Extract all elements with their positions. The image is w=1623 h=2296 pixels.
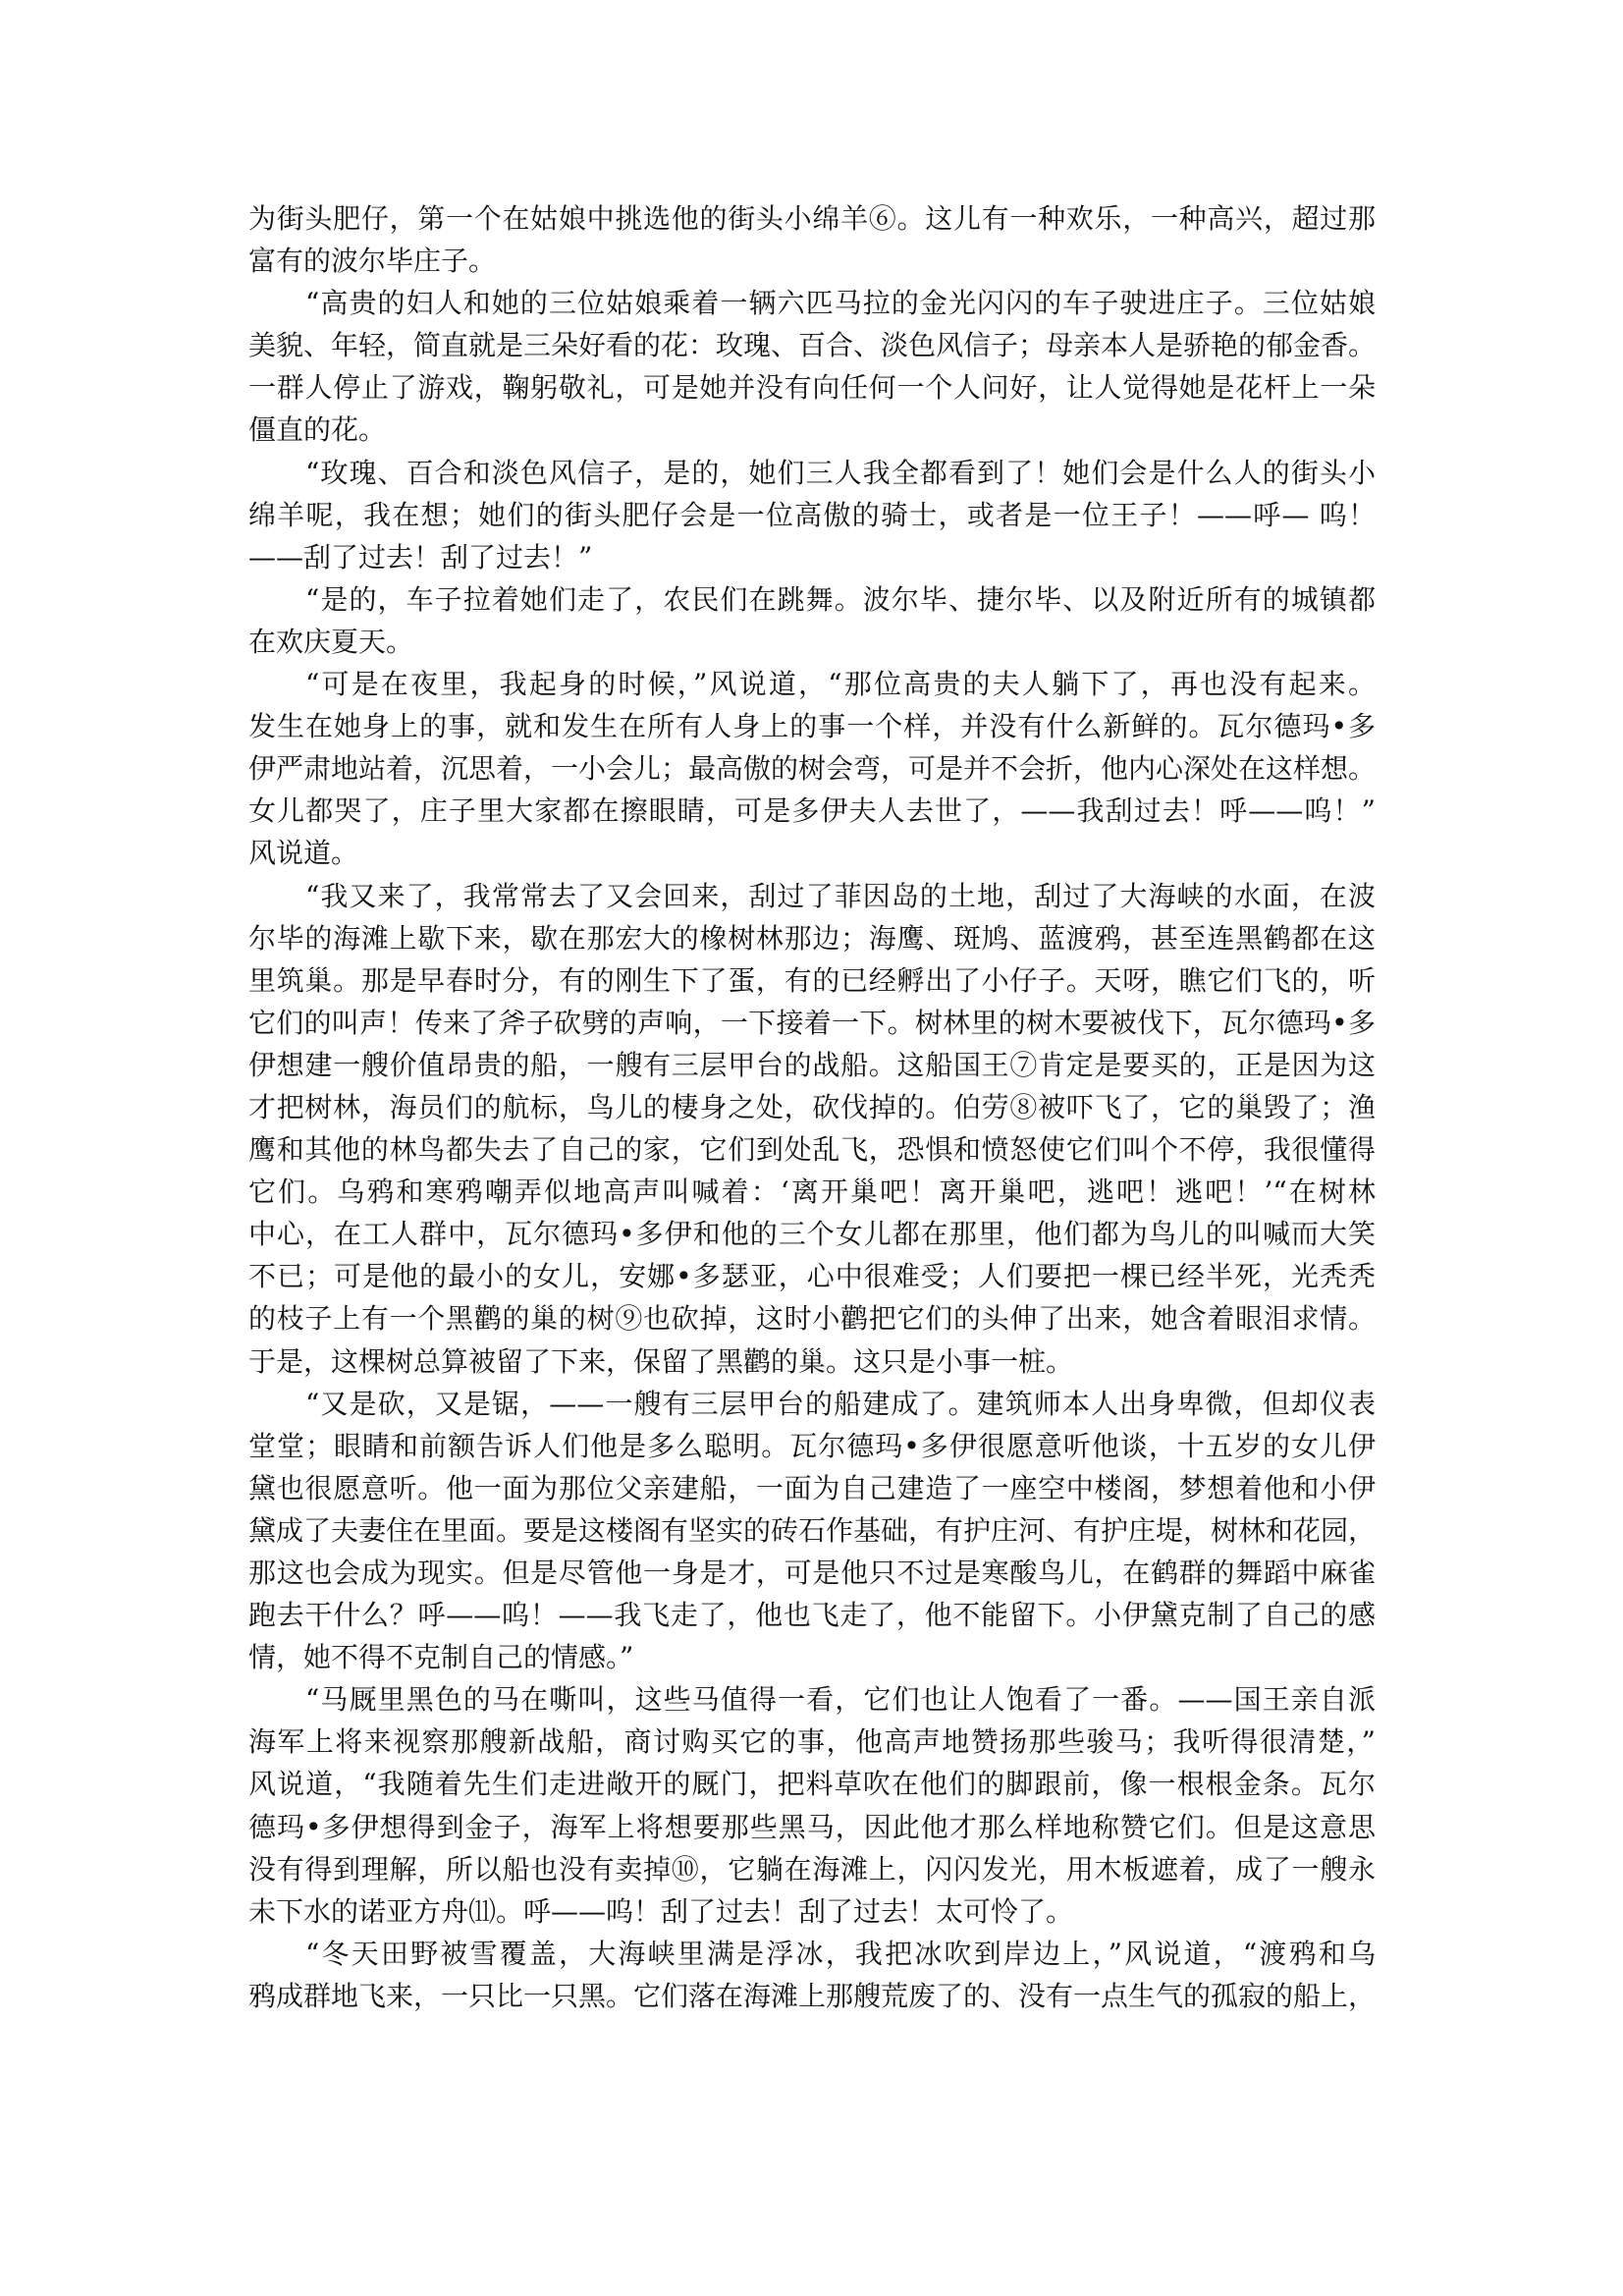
text-line: 为街头肥仔，第一个在姑娘中挑选他的街头小绵羊⑥。这儿有一种欢乐，一种高兴，超过那 <box>248 197 1376 240</box>
text-line: “高贵的妇人和她的三位姑娘乘着一辆六匹马拉的金光闪闪的车子驶进庄子。三位姑娘 <box>248 282 1376 324</box>
text-line: 在欢庆夏天。 <box>248 621 1376 663</box>
text-line: 鸦成群地飞来，一只比一只黑。它们落在海滩上那艘荒废了的、没有一点生气的孤寂的船上… <box>248 1975 1376 2017</box>
text-line: 伊想建一艘价值昂贵的船，一艘有三层甲台的战船。这船国王⑦肯定是要买的，正是因为这 <box>248 1044 1376 1086</box>
text-line: ——刮了过去！刮了过去！” <box>248 536 1376 578</box>
paragraph: “马厩里黑色的马在嘶叫，这些马值得一看，它们也让人饱看了一番。——国王亲自派 海… <box>248 1678 1376 1933</box>
paragraph: “是的，车子拉着她们走了，农民们在跳舞。波尔毕、捷尔毕、以及附近所有的城镇都 在… <box>248 578 1376 663</box>
paragraph: “可是在夜里，我起身的时候，”风说道，“那位高贵的夫人躺下了，再也没有起来。 发… <box>248 663 1376 874</box>
text-line: 风说道。 <box>248 832 1376 874</box>
text-line: “冬天田野被雪覆盖，大海峡里满是浮冰，我把冰吹到岸边上，”风说道，“渡鸦和乌 <box>248 1933 1376 1975</box>
text-line: 绵羊呢，我在想；她们的街头肥仔会是一位高傲的骑士，或者是一位王子！——呼— 呜！ <box>248 494 1376 536</box>
text-line: 才把树林，海员们的航标，鸟儿的棲身之处，砍伐掉的。伯劳⑧被吓飞了，它的巢毁了；渔 <box>248 1086 1376 1128</box>
paragraph: “冬天田野被雪覆盖，大海峡里满是浮冰，我把冰吹到岸边上，”风说道，“渡鸦和乌 鸦… <box>248 1933 1376 2017</box>
text-line: “我又来了，我常常去了又会回来，刮过了菲因岛的土地，刮过了大海峡的水面，在波 <box>248 875 1376 917</box>
text-line: 伊严肃地站着，沉思着，一小会儿；最高傲的树会弯，可是并不会折，他内心深处在这样想… <box>248 747 1376 790</box>
body-text: 为街头肥仔，第一个在姑娘中挑选他的街头小绵羊⑥。这儿有一种欢乐，一种高兴，超过那… <box>248 197 1376 2017</box>
text-line: 里筑巢。那是早春时分，有的刚生下了蛋，有的已经孵出了小仔子。天呀，瞧它们飞的，听 <box>248 959 1376 1002</box>
text-line: 未下水的诺亚方舟⑾。呼——呜！刮了过去！刮了过去！太可怜了。 <box>248 1890 1376 1933</box>
text-line: “是的，车子拉着她们走了，农民们在跳舞。波尔毕、捷尔毕、以及附近所有的城镇都 <box>248 578 1376 621</box>
text-line: 富有的波尔毕庄子。 <box>248 240 1376 282</box>
text-line: 黛也很愿意听。他一面为那位父亲建船，一面为自己建造了一座空中楼阁，梦想着他和小伊 <box>248 1467 1376 1509</box>
paragraph: “又是砍，又是锯，——一艘有三层甲台的船建成了。建筑师本人出身卑微，但却仪表 堂… <box>248 1383 1376 1679</box>
paragraph: “高贵的妇人和她的三位姑娘乘着一辆六匹马拉的金光闪闪的车子驶进庄子。三位姑娘 美… <box>248 282 1376 451</box>
text-line: “玫瑰、百合和淡色风信子，是的，她们三人我全都看到了！她们会是什么人的街头小 <box>248 452 1376 494</box>
text-line: 女儿都哭了，庄子里大家都在擦眼睛，可是多伊夫人去世了，——我刮过去！呼——呜！” <box>248 790 1376 832</box>
text-line: 僵直的花。 <box>248 409 1376 451</box>
text-line: 它们的叫声！传来了斧子砍劈的声响，一下接着一下。树林里的树木要被伐下，瓦尔德玛•… <box>248 1002 1376 1044</box>
paragraph: 为街头肥仔，第一个在姑娘中挑选他的街头小绵羊⑥。这儿有一种欢乐，一种高兴，超过那… <box>248 197 1376 282</box>
text-line: 不已；可是他的最小的女儿，安娜•多瑟亚，心中很难受；人们要把一棵已经半死，光秃秃 <box>248 1255 1376 1297</box>
text-line: 中心，在工人群中，瓦尔德玛•多伊和他的三个女儿都在那里，他们都为鸟儿的叫喊而大笑 <box>248 1213 1376 1255</box>
text-line: 海军上将来视察那艘新战船，商讨购买它的事，他高声地赞扬那些骏马；我听得很清楚，” <box>248 1721 1376 1763</box>
text-line: 于是，这棵树总算被留了下来，保留了黑鹳的巢。这只是小事一桩。 <box>248 1340 1376 1383</box>
text-line: 美貌、年轻，简直就是三朵好看的花：玫瑰、百合、淡色风信子；母亲本人是骄艳的郁金香… <box>248 324 1376 366</box>
text-line: 的枝子上有一个黑鹳的巢的树⑨也砍掉，这时小鹳把它们的头伸了出来，她含着眼泪求情。 <box>248 1297 1376 1339</box>
document-page: 为街头肥仔，第一个在姑娘中挑选他的街头小绵羊⑥。这儿有一种欢乐，一种高兴，超过那… <box>0 0 1623 2296</box>
text-line: 风说道，“我随着先生们走进敞开的厩门，把料草吹在他们的脚跟前，像一根根金条。瓦尔 <box>248 1763 1376 1805</box>
text-line: 黛成了夫妻住在里面。要是这楼阁有坚实的砖石作基础，有护庄河、有护庄堤，树林和花园… <box>248 1509 1376 1552</box>
text-line: “可是在夜里，我起身的时候，”风说道，“那位高贵的夫人躺下了，再也没有起来。 <box>248 663 1376 705</box>
text-line: 鹰和其他的林鸟都失去了自己的家，它们到处乱飞，恐惧和愤怒使它们叫个不停，我很懂得 <box>248 1128 1376 1171</box>
text-line: “马厩里黑色的马在嘶叫，这些马值得一看，它们也让人饱看了一番。——国王亲自派 <box>248 1678 1376 1721</box>
text-line: 发生在她身上的事，就和发生在所有人身上的事一个样，并没有什么新鲜的。瓦尔德玛•多 <box>248 705 1376 747</box>
text-line: 德玛•多伊想得到金子，海军上将想要那些黑马，因此他才那么样地称赞它们。但是这意思 <box>248 1806 1376 1848</box>
paragraph: “我又来了，我常常去了又会回来，刮过了菲因岛的土地，刮过了大海峡的水面，在波 尔… <box>248 875 1376 1383</box>
text-line: “又是砍，又是锯，——一艘有三层甲台的船建成了。建筑师本人出身卑微，但却仪表 <box>248 1383 1376 1425</box>
text-line: 堂堂；眼睛和前额告诉人们他是多么聪明。瓦尔德玛•多伊很愿意听他谈，十五岁的女儿伊 <box>248 1425 1376 1467</box>
text-line: 尔毕的海滩上歇下来，歇在那宏大的橡树林那边；海鹰、斑鸠、蓝渡鸦，甚至连黑鹤都在这 <box>248 917 1376 959</box>
text-line: 它们。乌鸦和寒鸦嘲弄似地高声叫喊着：‘离开巢吧！离开巢吧，逃吧！逃吧！’“在树林 <box>248 1171 1376 1213</box>
text-line: 一群人停止了游戏，鞠躬敬礼，可是她并没有向任何一个人问好，让人觉得她是花杆上一朵 <box>248 366 1376 409</box>
text-line: 那这也会成为现实。但是尽管他一身是才，可是他只不过是寒酸鸟儿，在鹤群的舞蹈中麻雀 <box>248 1552 1376 1594</box>
text-line: 跑去干什么？呼——呜！——我飞走了，他也飞走了，他不能留下。小伊黛克制了自己的感 <box>248 1594 1376 1636</box>
paragraph: “玫瑰、百合和淡色风信子，是的，她们三人我全都看到了！她们会是什么人的街头小 绵… <box>248 452 1376 578</box>
text-line: 没有得到理解，所以船也没有卖掉⑩，它躺在海滩上，闪闪发光，用木板遮着，成了一艘永 <box>248 1848 1376 1890</box>
text-line: 情，她不得不克制自己的情感。” <box>248 1636 1376 1678</box>
